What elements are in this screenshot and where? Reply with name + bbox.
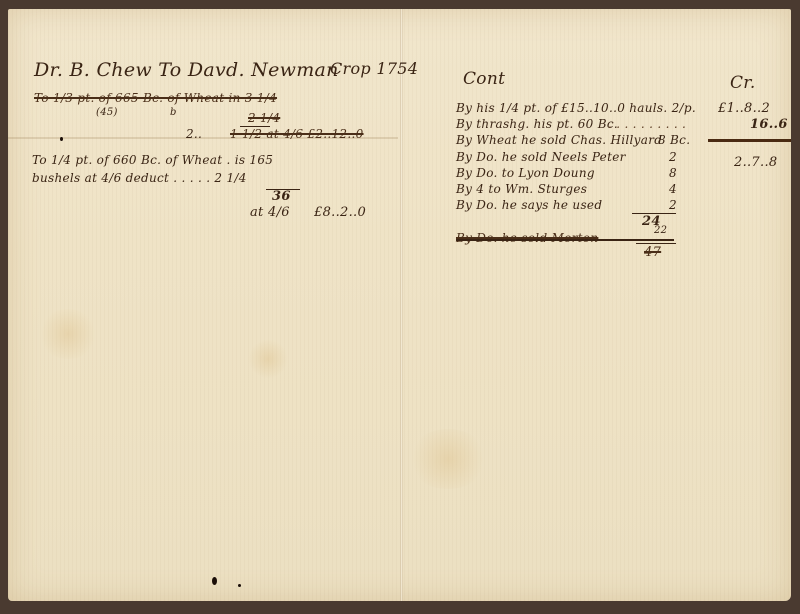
credit-entry-4: By Do. he sold Neels Peter [456,150,626,164]
credit-qty-4: 2 [669,150,677,164]
debit-entry-2: bushels at 4/6 deduct . . . . . 2 1/4 [32,171,247,185]
struck-credit-qty: 22 [654,225,667,236]
ink-dot [60,137,63,141]
credit-total-rule [708,139,791,142]
ledger-paper: Dr. B. Chew To Davd. Newman Crop 1754 To… [8,9,791,601]
struck-credit-total: 47 [644,245,661,260]
credit-entry-2: By thrashg. his pt. 60 Bc. [456,117,618,131]
struck-prefix: 2.. [186,127,202,141]
ink-blot [212,577,217,585]
debit-subtotal: 36 [272,189,291,204]
credit-heading: Cont [463,69,505,89]
struck-entry-1: To 1/3 pt. of 665 Bc. of Wheat in 3 1/4 [34,91,277,105]
credit-entry-6: By 4 to Wm. Sturges [456,182,587,196]
credit-entry-1: By his 1/4 pt. of £15..10..0 hauls. 2/p. [456,101,696,115]
credit-amount-1: £1..8..2 [718,101,770,116]
credit-column-label: Cr. [730,73,756,93]
paper-stain [38,309,98,359]
credit-balance: 2..7..8 [734,155,777,170]
struck-credit-entry: By Do. he sold Morton [456,231,598,245]
credit-qty-5: 8 [669,166,677,180]
ink-dot [238,584,241,587]
struck-note-1: (45) [96,107,118,118]
strike-line [456,239,674,241]
debit-heading: Dr. B. Chew To Davd. Newman [34,59,339,81]
debit-entry-1: To 1/4 pt. of 660 Bc. of Wheat . is 165 [32,153,273,167]
crop-year-label: Crop 1754 [330,59,418,78]
debit-total: £8..2..0 [314,205,366,220]
credit-entry-3: By Wheat he sold Chas. Hillyard [456,133,662,147]
struck-entry-2: 1 1/2 at 4/6 £2..12..0 [230,127,364,141]
paper-stain [248,339,288,379]
debit-rate: at 4/6 [250,205,290,220]
struck-fraction: 2 1/4 [248,111,280,125]
struck-sum-rule [636,243,676,244]
credit-entry-5: By Do. to Lyon Doung [456,166,595,180]
credit-amount-2: 16..6 [750,117,788,132]
paper-stain [408,429,488,489]
vertical-fold [400,9,403,601]
credit-qty-6: 4 [669,182,677,196]
leader-dots: . . . . . . . . . . [608,117,686,131]
credit-qty-7: 2 [669,198,677,212]
credit-qty-3: 8 Bc. [658,133,690,147]
credit-entry-7: By Do. he says he used [456,198,602,212]
struck-note-2: b [170,107,177,118]
